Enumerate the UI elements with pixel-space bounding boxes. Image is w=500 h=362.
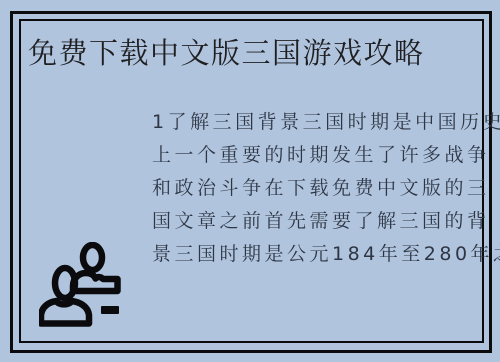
page-title: 免费下载中文版三国游戏攻略 [28,31,425,72]
article-line: 上一个重要的时期发生了许多战争 [152,139,477,172]
two-people-minus-icon [39,242,121,327]
article-body: 1了解三国背景三国时期是中国历史 上一个重要的时期发生了许多战争 和政治斗争在下… [152,106,477,271]
article-card: 免费下载中文版三国游戏攻略 1了解三国背景三国时期是中国历史 上一个重要的时期发… [0,0,500,362]
article-line: 国文章之前首先需要了解三国的背 [152,205,477,238]
article-line: 景三国时期是公元184年至280年之 [152,238,477,271]
article-line: 1了解三国背景三国时期是中国历史 [152,106,477,139]
article-line: 和政治斗争在下载免费中文版的三 [152,172,477,205]
